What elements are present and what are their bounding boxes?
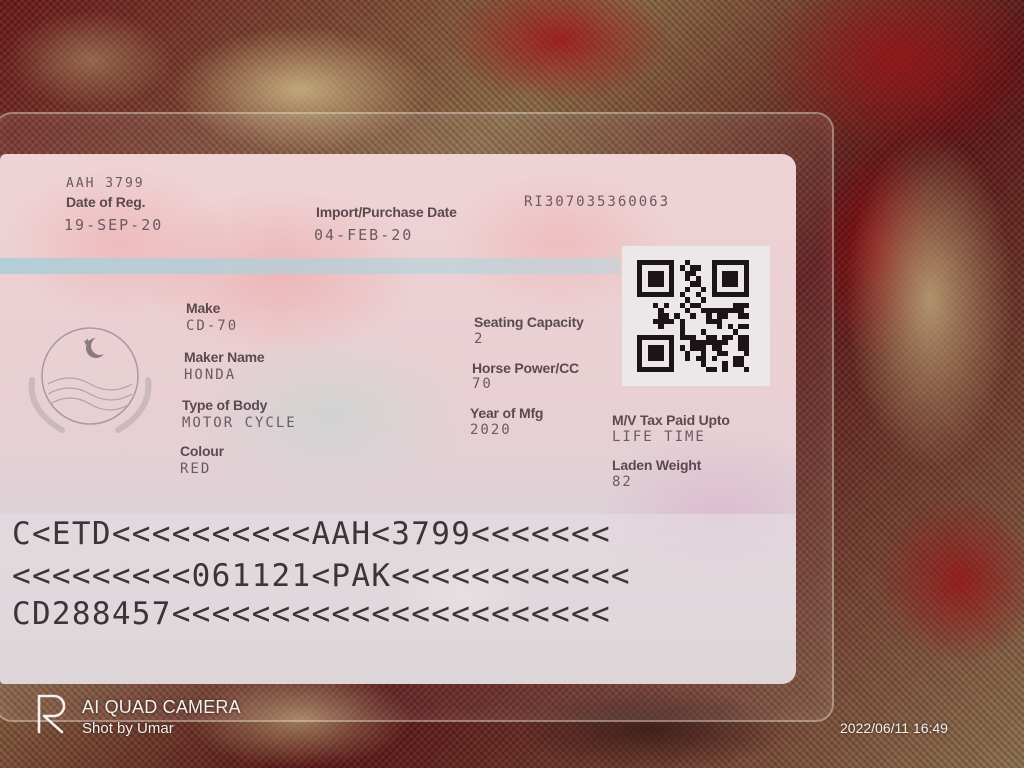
vehicle-registration-card: AAH 3799 Date of Reg. 19-SEP-20 Import/P… (0, 154, 796, 684)
colour-value: RED (180, 461, 211, 477)
laden-weight-label: Laden Weight (612, 457, 701, 473)
photo-timestamp: 2022/06/11 16:49 (840, 720, 948, 736)
year-of-mfg-value: 2020 (470, 422, 512, 438)
registration-number: AAH 3799 (66, 176, 145, 191)
mrz-line-3: CD288457<<<<<<<<<<<<<<<<<<<<<< (12, 596, 611, 632)
maker-name-label: Maker Name (184, 349, 265, 365)
import-purchase-date-value: 04-FEB-20 (314, 226, 413, 244)
import-purchase-date-label: Import/Purchase Date (316, 204, 457, 220)
security-band (0, 258, 620, 274)
camera-watermark-title: AI QUAD CAMERA (82, 697, 241, 718)
seating-capacity-value: 2 (474, 331, 484, 347)
laden-weight-value: 82 (612, 474, 633, 490)
make-value: CD-70 (186, 318, 238, 334)
make-label: Make (186, 300, 220, 316)
type-of-body-label: Type of Body (182, 397, 267, 413)
horse-power-value: 70 (472, 376, 493, 392)
horse-power-label: Horse Power/CC (472, 360, 579, 376)
camera-watermark-author: Shot by Umar (82, 720, 174, 737)
punjab-emblem-icon (20, 324, 160, 444)
realme-logo-icon (34, 692, 70, 736)
qr-code-icon (637, 260, 749, 372)
mrz-line-2: <<<<<<<<<061121<PAK<<<<<<<<<<<< (12, 558, 631, 594)
type-of-body-value: MOTOR CYCLE (182, 415, 297, 431)
date-of-reg-label: Date of Reg. (66, 194, 145, 210)
qr-code (622, 246, 770, 386)
mrz-line-1: C<ETD<<<<<<<<<<AAH<3799<<<<<<< (12, 516, 611, 552)
maker-name-value: HONDA (184, 367, 236, 383)
card-serial-number: RI307035360063 (524, 194, 670, 210)
year-of-mfg-label: Year of Mfg (470, 405, 543, 421)
tax-paid-upto-label: M/V Tax Paid Upto (612, 412, 730, 428)
seating-capacity-label: Seating Capacity (474, 314, 584, 330)
date-of-reg-value: 19-SEP-20 (64, 216, 163, 234)
tax-paid-upto-value: LIFE TIME (612, 429, 706, 445)
colour-label: Colour (180, 443, 224, 459)
